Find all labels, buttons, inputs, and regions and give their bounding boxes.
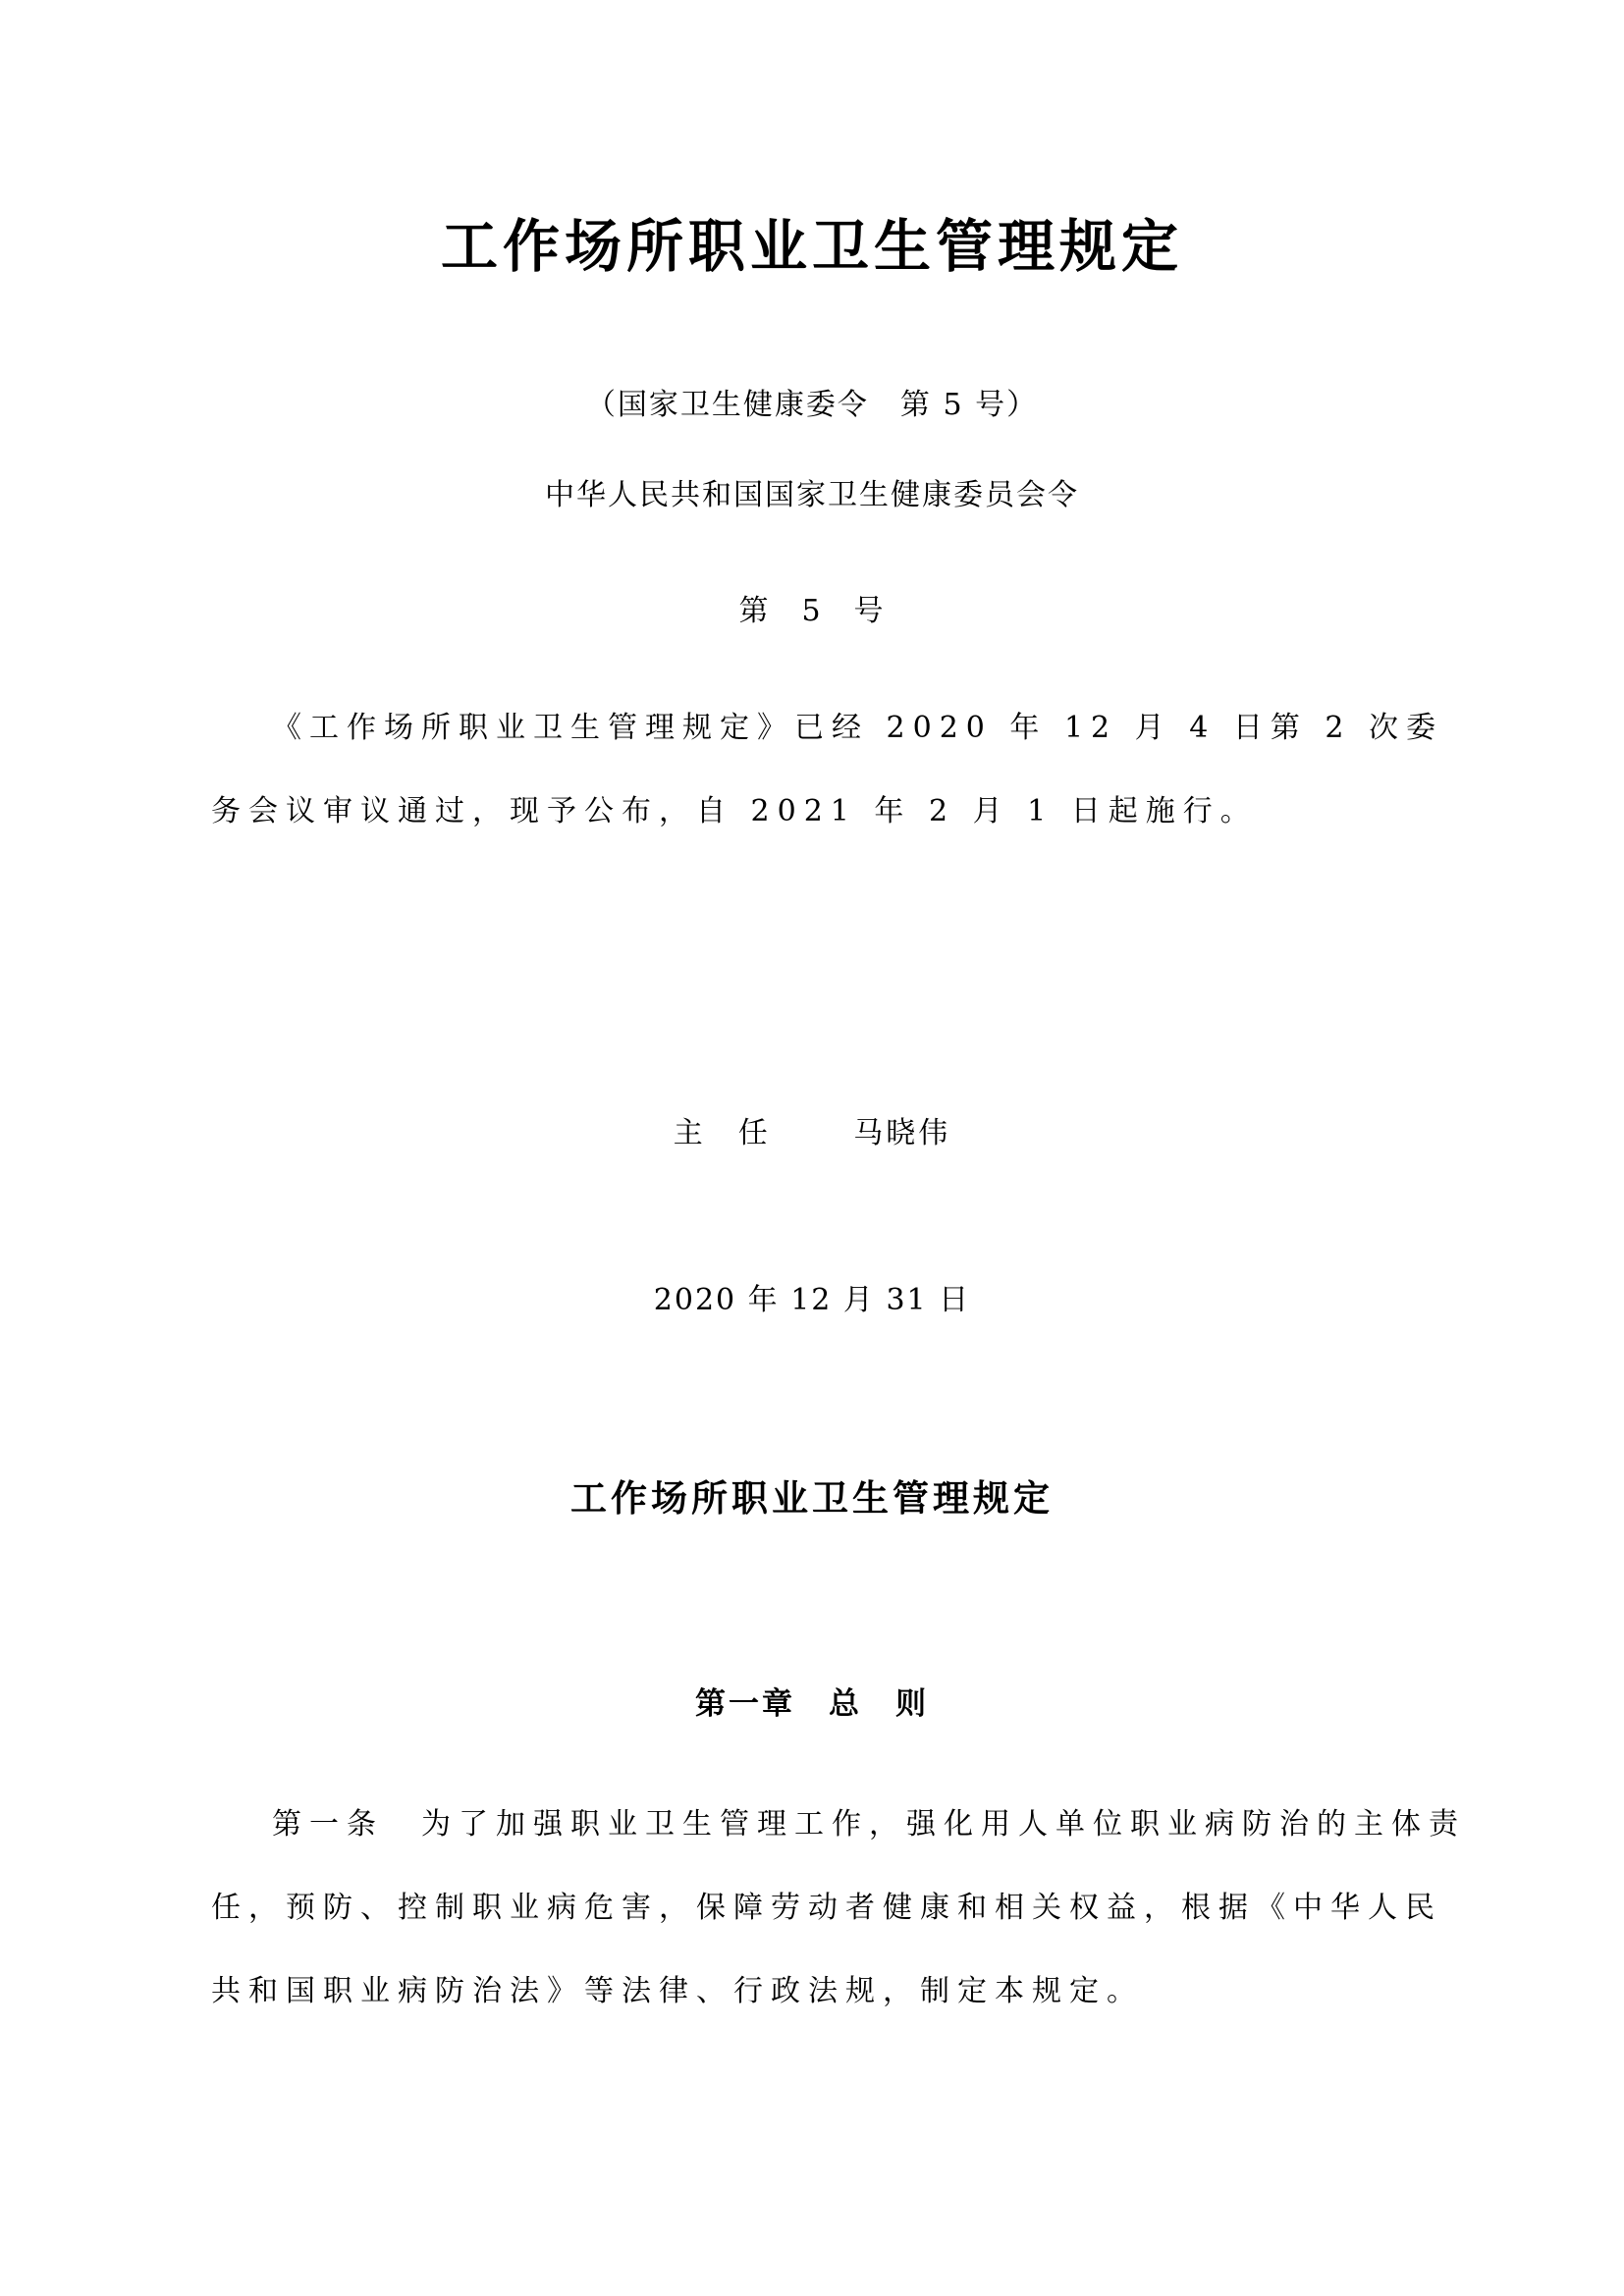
signature-line: 主 任 马晓伟 <box>211 1113 1413 1154</box>
signature-title-label: 主 任 <box>674 1116 771 1150</box>
regulation-body-title: 工作场所职业卫生管理规定 <box>211 1473 1413 1522</box>
decree-subtitle: （国家卫生健康委令 第 5 号） <box>211 385 1413 426</box>
signature-name: 马晓伟 <box>853 1116 950 1150</box>
issuing-authority-line: 中华人民共和国国家卫生健康委员会令 <box>211 475 1413 516</box>
decree-number: 第 5 号 <box>211 591 1413 632</box>
chapter-one-heading: 第一章 总 则 <box>211 1682 1413 1726</box>
document-title: 工作场所职业卫生管理规定 <box>211 206 1413 287</box>
document-page: 工作场所职业卫生管理规定 （国家卫生健康委令 第 5 号） 中华人民共和国国家卫… <box>0 0 1624 2296</box>
document-content: 工作场所职业卫生管理规定 （国家卫生健康委令 第 5 号） 中华人民共和国国家卫… <box>0 0 1624 2033</box>
article-1-paragraph: 第一条 为了加强职业卫生管理工作，强化用人单位职业病防治的主体责任，预防、控制职… <box>211 1783 1472 2033</box>
publish-date: 2020 年 12 月 31 日 <box>211 1280 1413 1321</box>
announcement-paragraph: 《工作场所职业卫生管理规定》已经 2020 年 12 月 4 日第 2 次委务会… <box>211 686 1472 853</box>
